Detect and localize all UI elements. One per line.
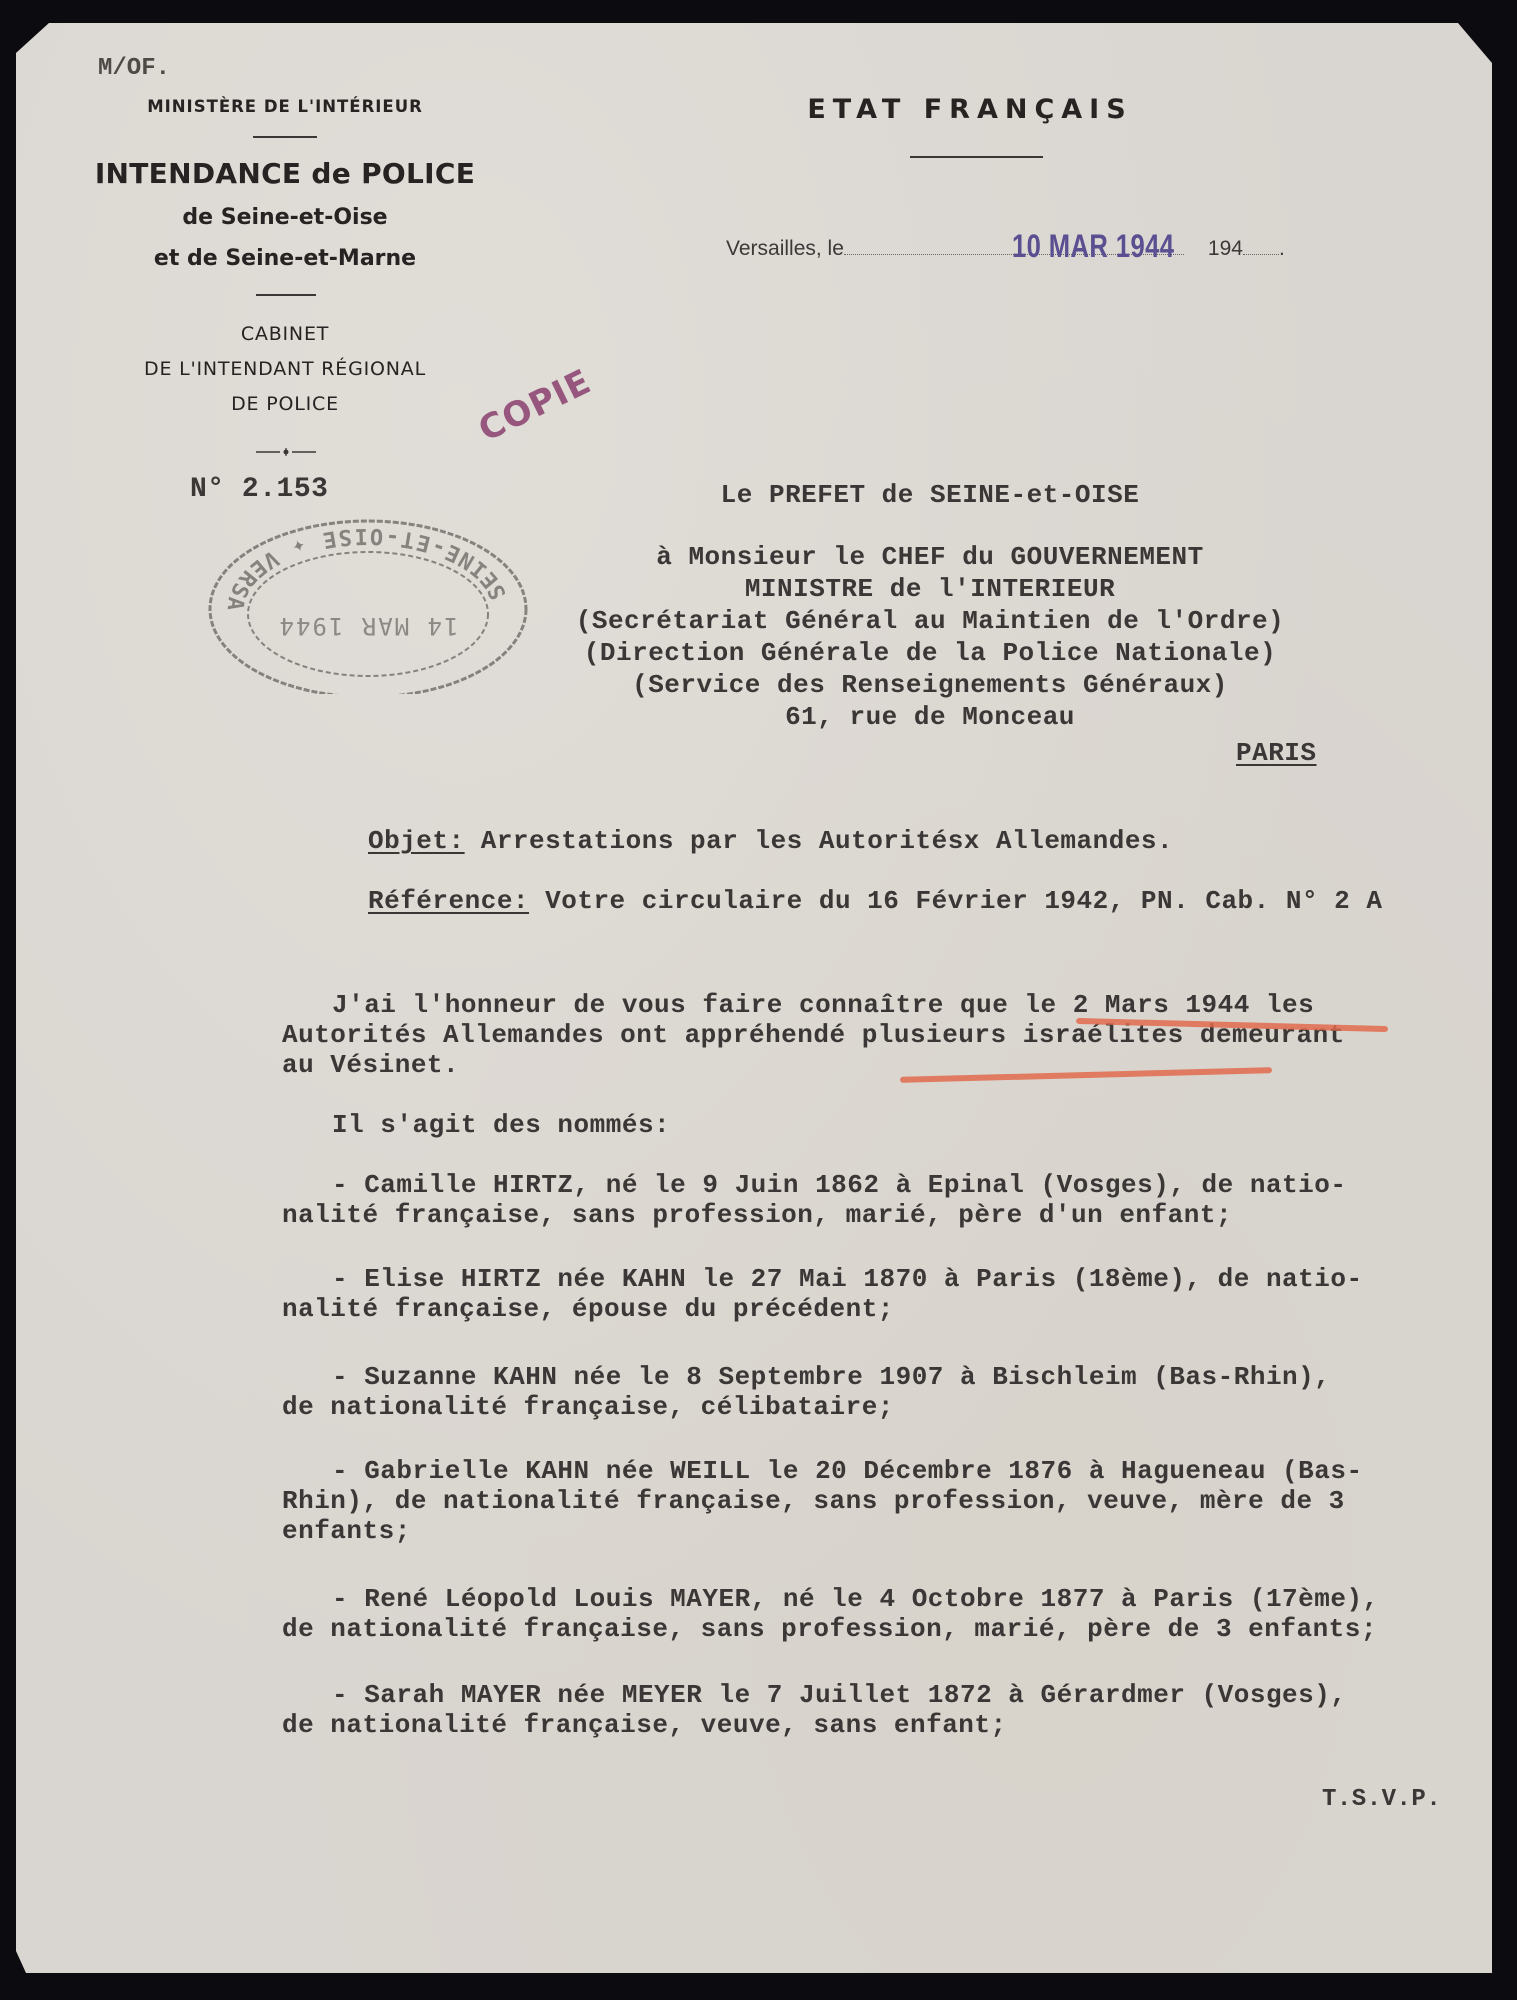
intro-line-3: au Vésinet. — [282, 1050, 459, 1080]
recipient-line-1: à Monsieur le CHEF du GOUVERNEMENT — [520, 542, 1340, 572]
divider — [910, 156, 1043, 158]
department-line-1: de Seine-et-Oise — [100, 205, 470, 230]
received-stamp-date: 14 MAR 1944 — [278, 612, 459, 640]
person-entry-line: nalité française, sans profession, marié… — [282, 1200, 1232, 1230]
person-entry-line: - Elise HIRTZ née KAHN le 27 Mai 1870 à … — [332, 1264, 1363, 1294]
year-prefix: 194 — [1208, 237, 1243, 260]
svg-text:SEINE-ET-OISE ✦ VERSAILLES ✦ P: SEINE-ET-OISE ✦ VERSAILLES ✦ PRÉFECTURE — [221, 523, 538, 694]
objet-line: Objet: Arrestations par les Autoritésx A… — [368, 826, 1173, 856]
recipient-city: PARIS — [1236, 738, 1317, 768]
list-intro: Il s'agit des nommés: — [332, 1110, 670, 1140]
reference-line: Référence: Votre circulaire du 16 Févrie… — [368, 886, 1382, 916]
person-entry-line: nalité française, épouse du précédent; — [282, 1294, 894, 1324]
cabinet-line-3: DE POLICE — [100, 393, 470, 415]
recipient-line-6: 61, rue de Monceau — [520, 702, 1340, 732]
place-prefix: Versailles, le — [726, 237, 844, 260]
person-entry-line: enfants; — [282, 1516, 411, 1546]
reference-mark: M/OF. — [98, 55, 170, 82]
office-heading: INTENDANCE de POLICE — [80, 157, 490, 190]
objet-text: Arrestations par les Autoritésx Allemand… — [465, 826, 1174, 856]
received-stamp-ring-text: SEINE-ET-OISE ✦ VERSAILLES ✦ PRÉFECTURE — [221, 523, 538, 694]
reference-label: Référence: — [368, 886, 529, 916]
person-entry-line: - Gabrielle KAHN née WEILL le 20 Décembr… — [332, 1456, 1363, 1486]
ministry-heading: MINISTÈRE DE L'INTÉRIEUR — [100, 97, 470, 116]
person-entry-line: - Camille HIRTZ, né le 9 Juin 1862 à Epi… — [332, 1170, 1346, 1200]
year-dots — [1243, 236, 1279, 255]
reference-text: Votre circulaire du 16 Février 1942, PN.… — [529, 886, 1382, 916]
turn-over-note: T.S.V.P. — [1322, 1786, 1441, 1813]
document-number: N° 2.153 — [190, 474, 328, 505]
cabinet-line-1: CABINET — [100, 323, 470, 345]
sender: Le PREFET de SEINE-et-OISE — [520, 480, 1340, 510]
person-entry-line: - Suzanne KAHN née le 8 Septembre 1907 à… — [332, 1362, 1330, 1392]
person-entry-line: de nationalité française, veuve, sans en… — [282, 1710, 1007, 1740]
department-line-2: et de Seine-et-Marne — [100, 246, 470, 271]
person-entry-line: de nationalité française, célibataire; — [282, 1392, 894, 1422]
intro-line-1: J'ai l'honneur de vous faire connaître q… — [332, 990, 1314, 1020]
divider — [253, 136, 317, 138]
date-line: Versailles, le194. — [726, 236, 1285, 261]
person-entry-line: Rhin), de nationalité française, sans pr… — [282, 1486, 1345, 1516]
objet-label: Objet: — [368, 826, 465, 856]
state-heading: ETAT FRANÇAIS — [740, 94, 1200, 125]
person-entry-line: - René Léopold Louis MAYER, né le 4 Octo… — [332, 1584, 1379, 1614]
received-stamp: SEINE-ET-OISE ✦ VERSAILLES ✦ PRÉFECTURE … — [198, 514, 538, 694]
recipient-line-3: (Secrétariat Général au Maintien de l'Or… — [520, 606, 1340, 636]
cabinet-line-2: DE L'INTENDANT RÉGIONAL — [80, 358, 490, 380]
recipient-line-5: (Service des Renseignements Généraux) — [520, 670, 1340, 700]
ornament-divider — [256, 444, 316, 454]
recipient-line-2: MINISTRE de l'INTERIEUR — [520, 574, 1340, 604]
person-entry-line: - Sarah MAYER née MEYER le 7 Juillet 187… — [332, 1680, 1346, 1710]
recipient-line-4: (Direction Générale de la Police Nationa… — [520, 638, 1340, 668]
date-stamp: 10 MAR 1944 — [1012, 228, 1174, 265]
divider — [256, 294, 316, 296]
person-entry-line: de nationalité française, sans professio… — [282, 1614, 1377, 1644]
